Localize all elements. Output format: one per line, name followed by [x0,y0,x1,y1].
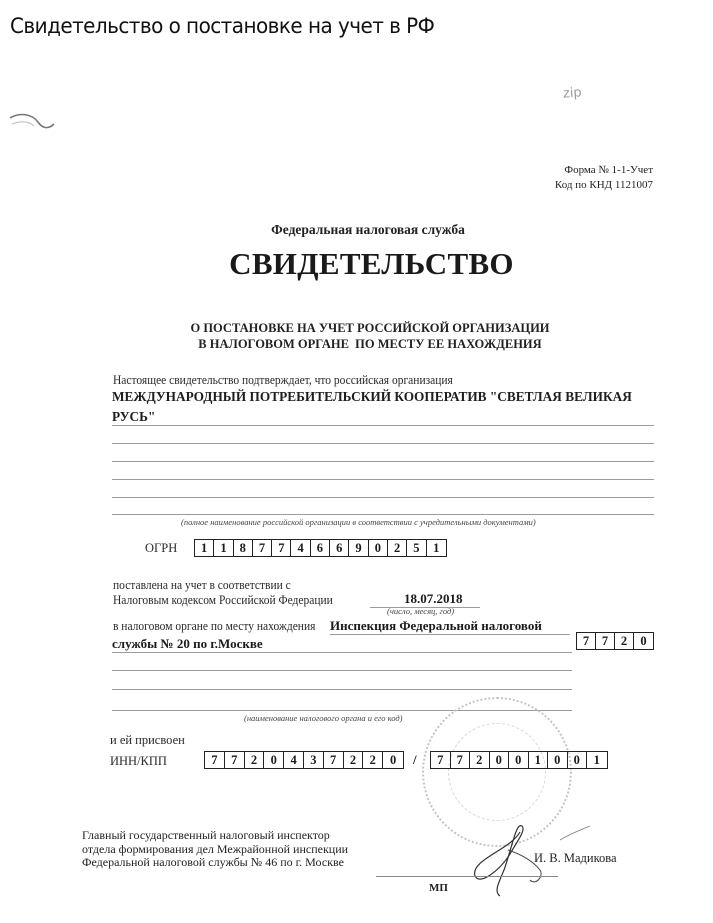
handwritten-note: zip [562,85,582,101]
subtitle-line: О ПОСТАНОВКЕ НА УЧЕТ РОССИЙСКОЙ ОРГАНИЗА… [0,320,713,336]
digit-cell: 1 [587,752,607,768]
digit-cell: 2 [245,752,265,768]
digit-cell: 0 [264,752,284,768]
digit-cell: 6 [311,540,330,556]
digit-cell: 7 [324,752,344,768]
digit-cell: 7 [205,752,225,768]
handwritten-mark-icon [8,108,58,138]
tax-office-line1: Инспекция Федеральной налоговой [330,618,542,634]
date-caption: (число, месяц, год) [387,606,454,616]
certificate-title: СВИДЕТЕЛЬСТВО [0,246,713,282]
digit-cell: 1 [529,752,549,768]
page-heading: Свидетельство о постановке на учет в РФ [10,14,434,39]
digit-cell: 6 [330,540,349,556]
digit-cell: 7 [431,752,451,768]
registered-text-1: поставлена на учет в соответствии с [113,578,291,593]
assigned-label: и ей присвоен [110,733,185,748]
ogrn-label: ОГРН [145,541,177,556]
digit-cell: 3 [304,752,324,768]
tax-office-line2: службы № 20 по г.Москве [112,636,263,652]
digit-cell: 1 [214,540,233,556]
ogrn-cells: 1187746690251 [194,539,447,557]
inn-kpp-separator: / [413,752,417,768]
digit-cell: 0 [369,540,388,556]
certificate-subtitle: О ПОСТАНОВКЕ НА УЧЕТ РОССИЙСКОЙ ОРГАНИЗА… [0,320,713,352]
signer-title-line: Главный государственный налоговый инспек… [82,829,348,843]
form-number: Форма № 1-1-Учет [555,163,653,178]
signer-title-line: отдела формирования дел Межрайонной инсп… [82,843,348,857]
digit-cell: 2 [615,633,634,649]
inn-kpp-label: ИНН/КПП [110,754,167,769]
registered-text-2: Налоговым кодексом Российской Федерации [113,593,333,608]
digit-cell: 7 [253,540,272,556]
kpp-cells: 772001001 [430,751,608,769]
signer-name: И. В. Мадикова [534,851,617,866]
org-caption: (полное наименование российской организа… [181,517,536,527]
digit-cell: 2 [344,752,364,768]
digit-cell: 2 [363,752,383,768]
intro-text: Настоящее свидетельство подтверждает, чт… [113,373,453,388]
seal-label: МП [429,882,448,894]
digit-cell: 1 [195,540,214,556]
org-name-line2: РУСЬ" [112,409,155,425]
inn-cells: 7720437220 [204,751,404,769]
digit-cell: 2 [470,752,490,768]
knd-code: Код по КНД 1121007 [555,178,653,193]
subtitle-line: В НАЛОГОВОМ ОРГАНЕ ПО МЕСТУ ЕЕ НАХОЖДЕНИ… [0,336,713,352]
tax-office-intro: в налоговом органе по месту нахождения [113,619,315,634]
tax-office-caption: (наименование налогового органа и его ко… [244,713,403,723]
digit-cell: 0 [383,752,403,768]
digit-cell: 7 [272,540,291,556]
digit-cell: 4 [284,752,304,768]
signer-title: Главный государственный налоговый инспек… [82,829,348,870]
digit-cell: 9 [349,540,368,556]
digit-cell: 7 [577,633,596,649]
digit-cell: 0 [509,752,529,768]
signer-title-line: Федеральной налоговой службы № 46 по г. … [82,856,348,870]
digit-cell: 2 [388,540,407,556]
digit-cell: 8 [234,540,253,556]
digit-cell: 0 [634,633,653,649]
registration-date: 18.07.2018 [404,591,463,607]
digit-cell: 5 [407,540,426,556]
form-info: Форма № 1-1-Учет Код по КНД 1121007 [555,163,653,193]
digit-cell: 1 [427,540,446,556]
digit-cell: 0 [490,752,510,768]
digit-cell: 4 [291,540,310,556]
org-name-line1: МЕЖДУНАРОДНЫЙ ПОТРЕБИТЕЛЬСКИЙ КООПЕРАТИВ… [112,389,632,405]
agency-name: Федеральная налоговая служба [0,222,713,238]
tax-office-code-cells: 7720 [576,632,654,650]
digit-cell: 7 [225,752,245,768]
digit-cell: 7 [451,752,471,768]
digit-cell: 0 [548,752,568,768]
digit-cell: 0 [568,752,588,768]
digit-cell: 7 [596,633,615,649]
official-seal-inner [448,723,546,821]
